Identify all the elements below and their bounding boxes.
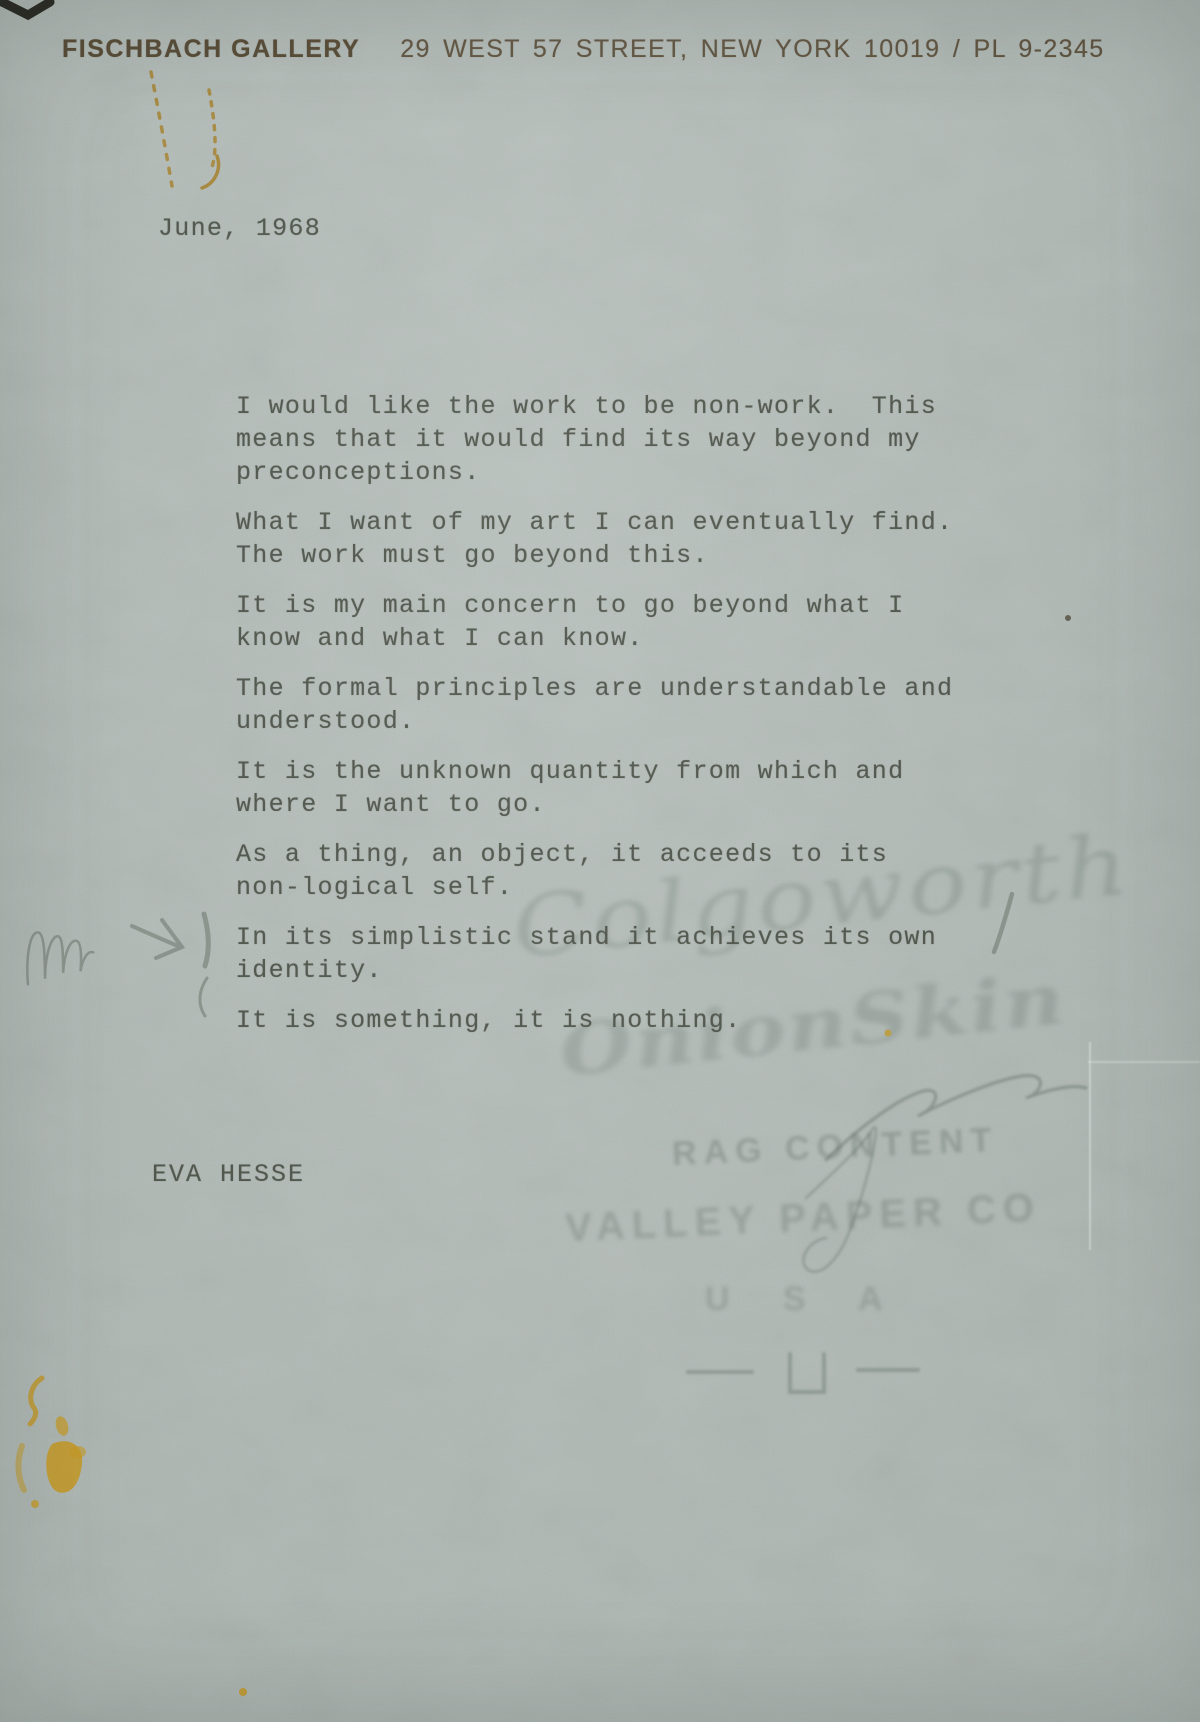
paragraph-7: In its simplistic stand it achieves its … — [236, 921, 1016, 987]
paragraph-8: It is something, it is nothing. — [236, 1004, 1016, 1037]
paragraph-4: The formal principles are understandable… — [236, 672, 1016, 738]
date-line: June, 1968 — [158, 212, 321, 245]
gallery-name: FISCHBACH GALLERY — [62, 34, 360, 64]
paper-crease-vertical — [1089, 1042, 1091, 1250]
paragraph-1: I would like the work to be non-work. Th… — [236, 390, 1016, 489]
gallery-address: 29 WEST 57 STREET, NEW YORK 10019 / PL 9… — [400, 34, 1104, 64]
typewritten-letter-scan: Colgoworth OnionSkin RAG CONTENT VALLEY … — [0, 0, 1200, 1722]
paragraph-2: What I want of my art I can eventually f… — [236, 506, 1016, 572]
paper-crease-horizontal — [1088, 1061, 1200, 1063]
signature-name: EVA HESSE — [152, 1158, 305, 1191]
paragraph-6: As a thing, an object, it acceeds to its… — [236, 838, 1016, 904]
letterhead: FISCHBACH GALLERY29 WEST 57 STREET, NEW … — [62, 34, 1105, 68]
paragraph-5: It is the unknown quantity from which an… — [236, 755, 1016, 821]
paragraph-3: It is my main concern to go beyond what … — [236, 589, 1016, 655]
